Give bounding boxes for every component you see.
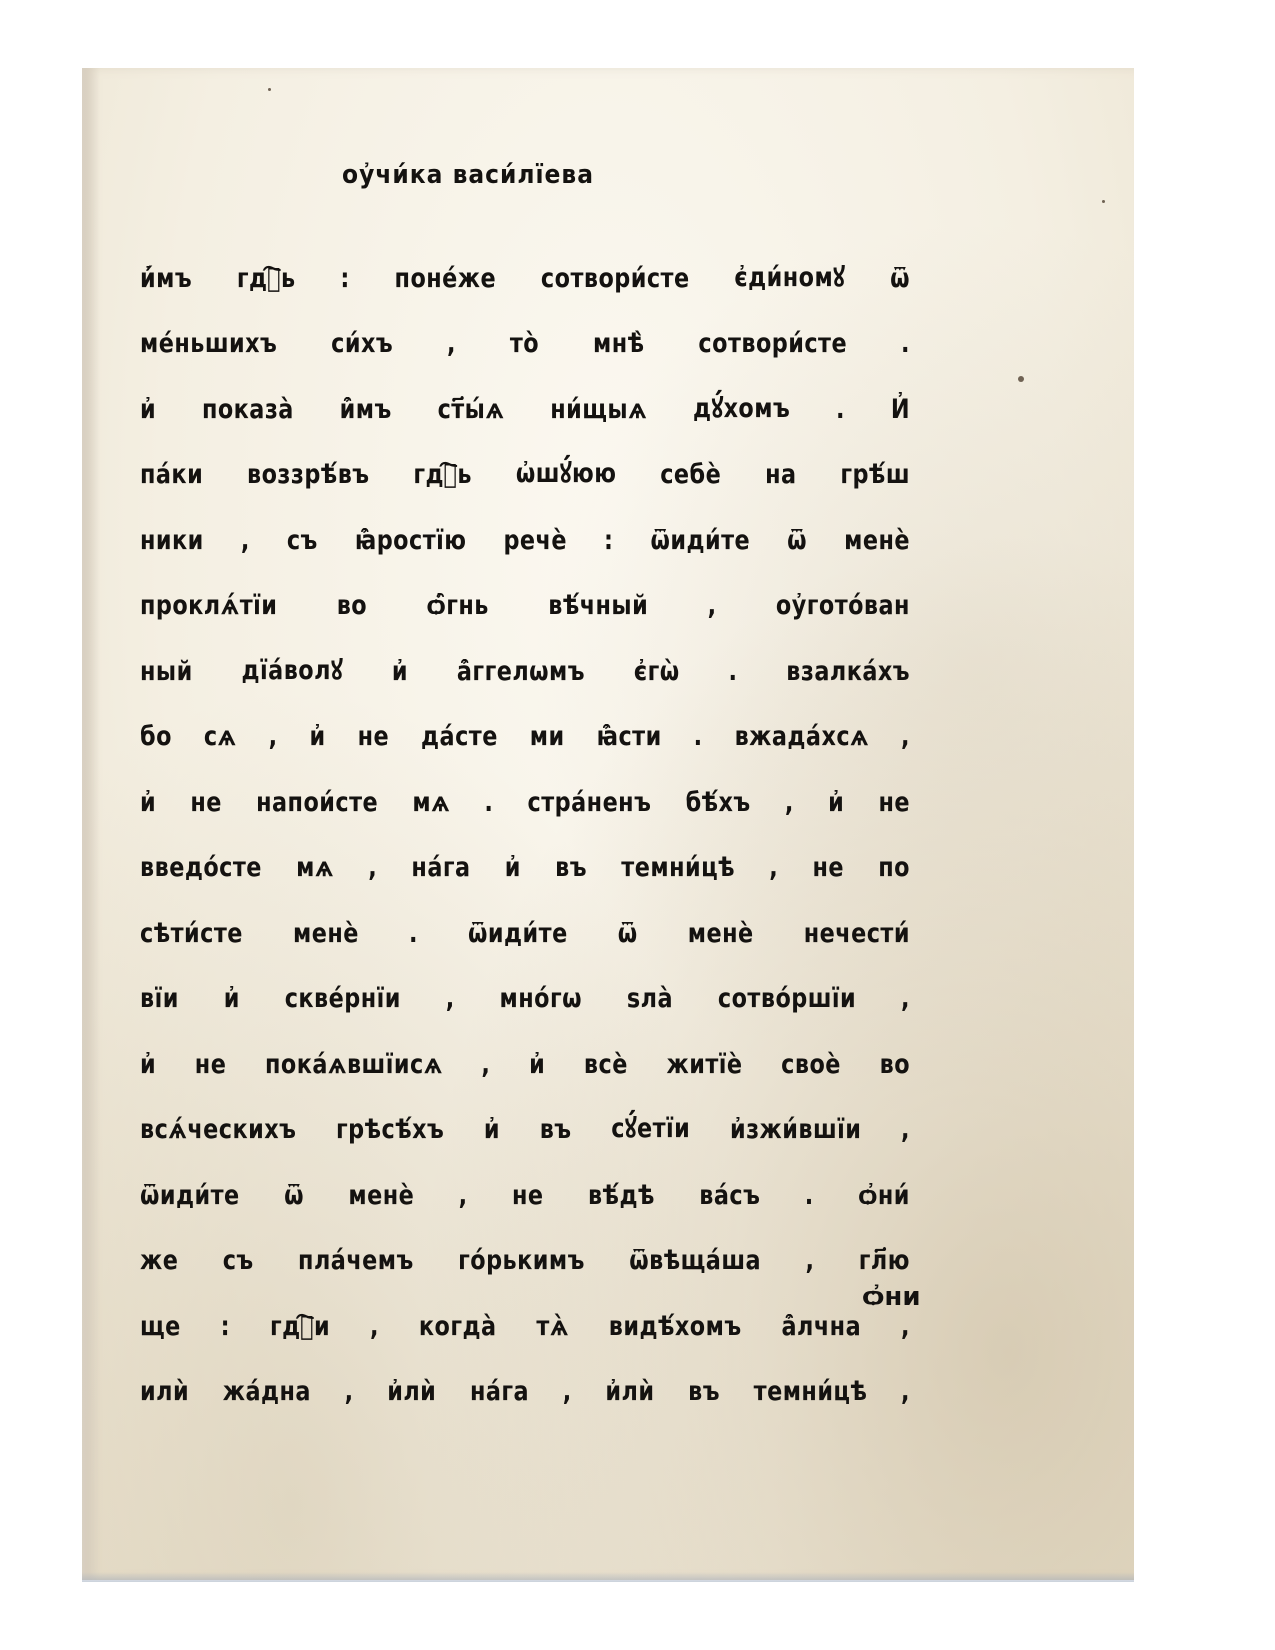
word: проклѧ́тїи xyxy=(140,590,277,621)
word: гдⷭ҇и xyxy=(270,1311,330,1342)
text-line: па́кивоззрѣ́въгдⷭ҇ьѡ҆шꙋ́ююсебѐнагрѣ́ш xyxy=(140,425,910,491)
word: мѧ xyxy=(412,787,450,818)
word: ный xyxy=(140,656,193,687)
word: жа́дна xyxy=(223,1376,311,1407)
text-line: ме́ньшихъси́хъ,то̀мнѣ̀сотвори́сте. xyxy=(140,294,910,360)
word: вѣ́дѣ xyxy=(588,1180,655,1211)
word: и҆зжи́вшїи xyxy=(730,1114,861,1145)
word: ми xyxy=(530,721,565,752)
word: житїѐ xyxy=(666,1049,742,1080)
word: на́га xyxy=(411,852,470,883)
word: тѧ̀ xyxy=(536,1311,568,1342)
word: ѿиди́те xyxy=(650,525,750,556)
word: а҆̑лчна xyxy=(781,1311,861,1342)
word: . xyxy=(694,721,703,752)
word: . xyxy=(901,328,910,359)
word: ст҃ы́ѧ xyxy=(438,394,505,425)
text-line: вїии҆скве́рнїи,мно́гѡѕла̀сотво́ршїи, xyxy=(140,949,910,1015)
text-line: проклѧ́тїивоѻ҆̑гньвѣ́чный,оу҆гото́ван xyxy=(140,556,910,622)
word: мѧ xyxy=(296,852,334,883)
word: дїа́волꙋ xyxy=(242,650,344,687)
word: . xyxy=(805,1180,814,1211)
text-line: жесъпла́чемъго́рькимъѿвѣща́ша,гл҃ю xyxy=(140,1211,910,1277)
word: оу҆гото́ван xyxy=(776,590,910,621)
word: : xyxy=(340,263,349,294)
word: стра́ненъ xyxy=(528,787,652,818)
word: , xyxy=(269,721,278,752)
word: когда̀ xyxy=(419,1311,497,1342)
word: и҆ xyxy=(828,787,844,818)
word: . xyxy=(836,394,845,425)
word: а҆̑ггелѡмъ xyxy=(457,656,585,687)
word: менѐ xyxy=(293,918,359,949)
word: ѿиди́те xyxy=(468,918,568,949)
word: да́сте xyxy=(421,721,498,752)
word: не xyxy=(812,852,844,883)
word: и҆ xyxy=(392,656,408,687)
word: , xyxy=(901,1311,910,1342)
word: ѿиди́те xyxy=(140,1180,240,1211)
word: напои́сте xyxy=(256,787,378,818)
word: и҆̑мъ xyxy=(340,394,392,425)
word: па́ки xyxy=(140,459,203,490)
word: ѿвѣща́ша xyxy=(629,1245,761,1276)
word: ва́съ xyxy=(699,1180,760,1211)
body-text: и҆́мъгдⷭ҇ь:поне́жесотвори́стеє҆ди́номꙋѿ … xyxy=(140,228,910,1407)
word: си́хъ xyxy=(331,328,393,359)
word: мнѣ̀ xyxy=(593,328,645,359)
word: видѣ́хомъ xyxy=(609,1311,742,1342)
word: вжада́хсѧ xyxy=(735,721,870,752)
word: , xyxy=(769,852,778,883)
word: , xyxy=(901,1114,910,1145)
word: дꙋ́хомъ xyxy=(693,388,790,425)
word: себѐ xyxy=(660,459,721,490)
word: , xyxy=(370,1311,379,1342)
word: на́га xyxy=(470,1376,529,1407)
word: , xyxy=(563,1376,572,1407)
word: менѐ xyxy=(688,918,754,949)
page-binding-edge xyxy=(82,68,100,1580)
word: гдⷭ҇ь xyxy=(237,263,296,294)
word: во xyxy=(880,1049,910,1080)
word: и҆ xyxy=(140,1049,156,1080)
word: ѿ xyxy=(890,263,910,294)
text-line: введо́стемѧ,на́гаи҆вътемни́цѣ,непо xyxy=(140,818,910,884)
word: съ xyxy=(287,525,318,556)
word: не xyxy=(190,787,222,818)
word: бо xyxy=(140,721,172,752)
word: поне́же xyxy=(395,263,497,294)
word: ѻ҆ни́ xyxy=(858,1180,910,1211)
word: : xyxy=(221,1311,230,1342)
word: менѐ xyxy=(348,1180,414,1211)
word: воззрѣ́въ xyxy=(247,459,370,490)
word: бѣ́хъ xyxy=(686,787,751,818)
word: не xyxy=(358,721,390,752)
word: сотвори́сте xyxy=(698,328,847,359)
word: , xyxy=(459,1180,468,1211)
word: , xyxy=(446,983,455,1014)
word: и҆ xyxy=(505,852,521,883)
word: гдⷭ҇ь xyxy=(413,459,472,490)
paper-speck xyxy=(1018,376,1024,382)
word: грѣсѣ́хъ xyxy=(336,1114,444,1145)
word: ме́ньшихъ xyxy=(140,328,277,359)
word: ни́щыѧ xyxy=(550,394,647,425)
word: и҆лѝ xyxy=(387,1376,436,1407)
word: є҆гѡ̀ xyxy=(634,656,680,687)
word: и҆лѝ xyxy=(605,1376,654,1407)
word: , xyxy=(481,1049,490,1080)
word: въ xyxy=(555,852,587,883)
word: съ xyxy=(223,1245,254,1276)
word: сѣти́сте xyxy=(140,918,243,949)
paper-speck xyxy=(268,88,271,91)
word: сотвори́сте xyxy=(541,263,690,294)
word: мно́гѡ xyxy=(500,983,582,1014)
text-line: и҆́мъгдⷭ҇ь:поне́жесотвори́стеє҆ди́номꙋѿ xyxy=(140,228,910,294)
word: вїи xyxy=(140,983,179,1014)
word: не xyxy=(195,1049,227,1080)
word: , xyxy=(368,852,377,883)
word: темни́цѣ xyxy=(754,1376,868,1407)
word: . xyxy=(484,787,493,818)
word: и҆ xyxy=(529,1049,545,1080)
word: сотво́ршїи xyxy=(718,983,856,1014)
word: не xyxy=(512,1180,544,1211)
text-line: ныйдїа́волꙋи҆а҆̑ггелѡмъє҆гѡ̀.взалка́хъ xyxy=(140,621,910,687)
word: по xyxy=(878,852,910,883)
word: взалка́хъ xyxy=(786,656,910,687)
text-line: и҆ненапои́стемѧ.стра́ненъбѣ́хъ,и҆не xyxy=(140,752,910,818)
text-line: сѣти́стеменѐ.ѿиди́теѿменѐнечести́ xyxy=(140,883,910,949)
word: пока́ѧвшїисѧ xyxy=(265,1049,443,1080)
word: скве́рнїи xyxy=(285,983,401,1014)
word: и҆ xyxy=(484,1114,500,1145)
word: то̀ xyxy=(510,328,539,359)
text-line: и҆непока́ѧвшїисѧ,и҆всѐжитїѐсвоѐво xyxy=(140,1014,910,1080)
word: , xyxy=(901,983,910,1014)
word: и҆ xyxy=(140,394,156,425)
text-line: всѧ́ческихъгрѣсѣ́хъи҆въсꙋ́етїии҆зжи́вшїи… xyxy=(140,1080,910,1146)
word: вѣ́чный xyxy=(548,590,648,621)
word: всѧ́ческихъ xyxy=(140,1114,296,1145)
word: , xyxy=(805,1245,814,1276)
word: всѐ xyxy=(584,1049,628,1080)
catchword: ѻ҆ни xyxy=(862,1282,921,1312)
word: , xyxy=(447,328,456,359)
word: ꙗ҆̑сти xyxy=(597,721,662,752)
text-line: ще:гдⷭ҇и,когда̀тѧ̀видѣ́хомъа҆̑лчна, xyxy=(140,1276,910,1342)
word: ѕла̀ xyxy=(627,983,673,1014)
text-line: ники,съꙗ҆̑ростїюречѐ:ѿиди́теѿменѐ xyxy=(140,490,910,556)
running-head: оу҆чи́ка васи́лїева xyxy=(342,160,594,190)
word: И҆ xyxy=(891,394,910,425)
word: ники xyxy=(140,525,204,556)
word: нечести́ xyxy=(804,918,910,949)
word: го́рькимъ xyxy=(458,1245,585,1276)
word: не xyxy=(878,787,910,818)
word: показа̀ xyxy=(202,394,294,425)
word: и҆ xyxy=(224,983,240,1014)
word: и҆́мъ xyxy=(140,263,192,294)
word: менѐ xyxy=(844,525,910,556)
word: сꙋ́етїи xyxy=(611,1108,690,1145)
word: . xyxy=(409,918,418,949)
word: : xyxy=(604,525,613,556)
word: же xyxy=(140,1245,178,1276)
text-line: босѧ,и҆неда́стемиꙗ҆̑сти.вжада́хсѧ, xyxy=(140,687,910,753)
word: ѡ҆шꙋ́юю xyxy=(516,453,617,490)
word: ѻ҆̑гнь xyxy=(426,590,488,621)
word: ꙗ҆̑ростїю xyxy=(355,525,467,556)
word: на xyxy=(765,459,796,490)
word: въ xyxy=(540,1114,572,1145)
word: . xyxy=(728,656,737,687)
word: илѝ xyxy=(140,1376,189,1407)
text-line: ѿиди́теѿменѐ,невѣ́дѣва́съ.ѻ҆ни́ xyxy=(140,1145,910,1211)
word: и҆ xyxy=(309,721,325,752)
word: введо́сте xyxy=(140,852,262,883)
word: , xyxy=(241,525,250,556)
word: темни́цѣ xyxy=(621,852,735,883)
word: , xyxy=(345,1376,354,1407)
word: , xyxy=(901,721,910,752)
word: въ xyxy=(688,1376,720,1407)
text-line: илѝжа́дна,и҆лѝна́га,и҆лѝвътемни́цѣ, xyxy=(140,1342,910,1408)
text-line: и҆показа̀и҆̑мъст҃ы́ѧни́щыѧдꙋ́хомъ.И҆ xyxy=(140,359,910,425)
word: , xyxy=(901,1376,910,1407)
word: сѧ xyxy=(204,721,237,752)
word: пла́чемъ xyxy=(298,1245,414,1276)
word: во xyxy=(337,590,367,621)
word: ѿ xyxy=(787,525,807,556)
word: є҆ди́номꙋ xyxy=(734,257,845,294)
word: речѐ xyxy=(503,525,567,556)
word: , xyxy=(785,787,794,818)
word: и҆ xyxy=(140,787,156,818)
page-bottom-edge xyxy=(82,1572,1134,1582)
word: своѐ xyxy=(781,1049,841,1080)
word: ще xyxy=(140,1311,181,1342)
word: грѣ́ш xyxy=(840,459,910,490)
paper-speck xyxy=(1102,200,1105,203)
word: , xyxy=(708,590,717,621)
word: ѿ xyxy=(284,1180,304,1211)
word: гл҃ю xyxy=(859,1245,910,1276)
word: ѿ xyxy=(618,918,638,949)
